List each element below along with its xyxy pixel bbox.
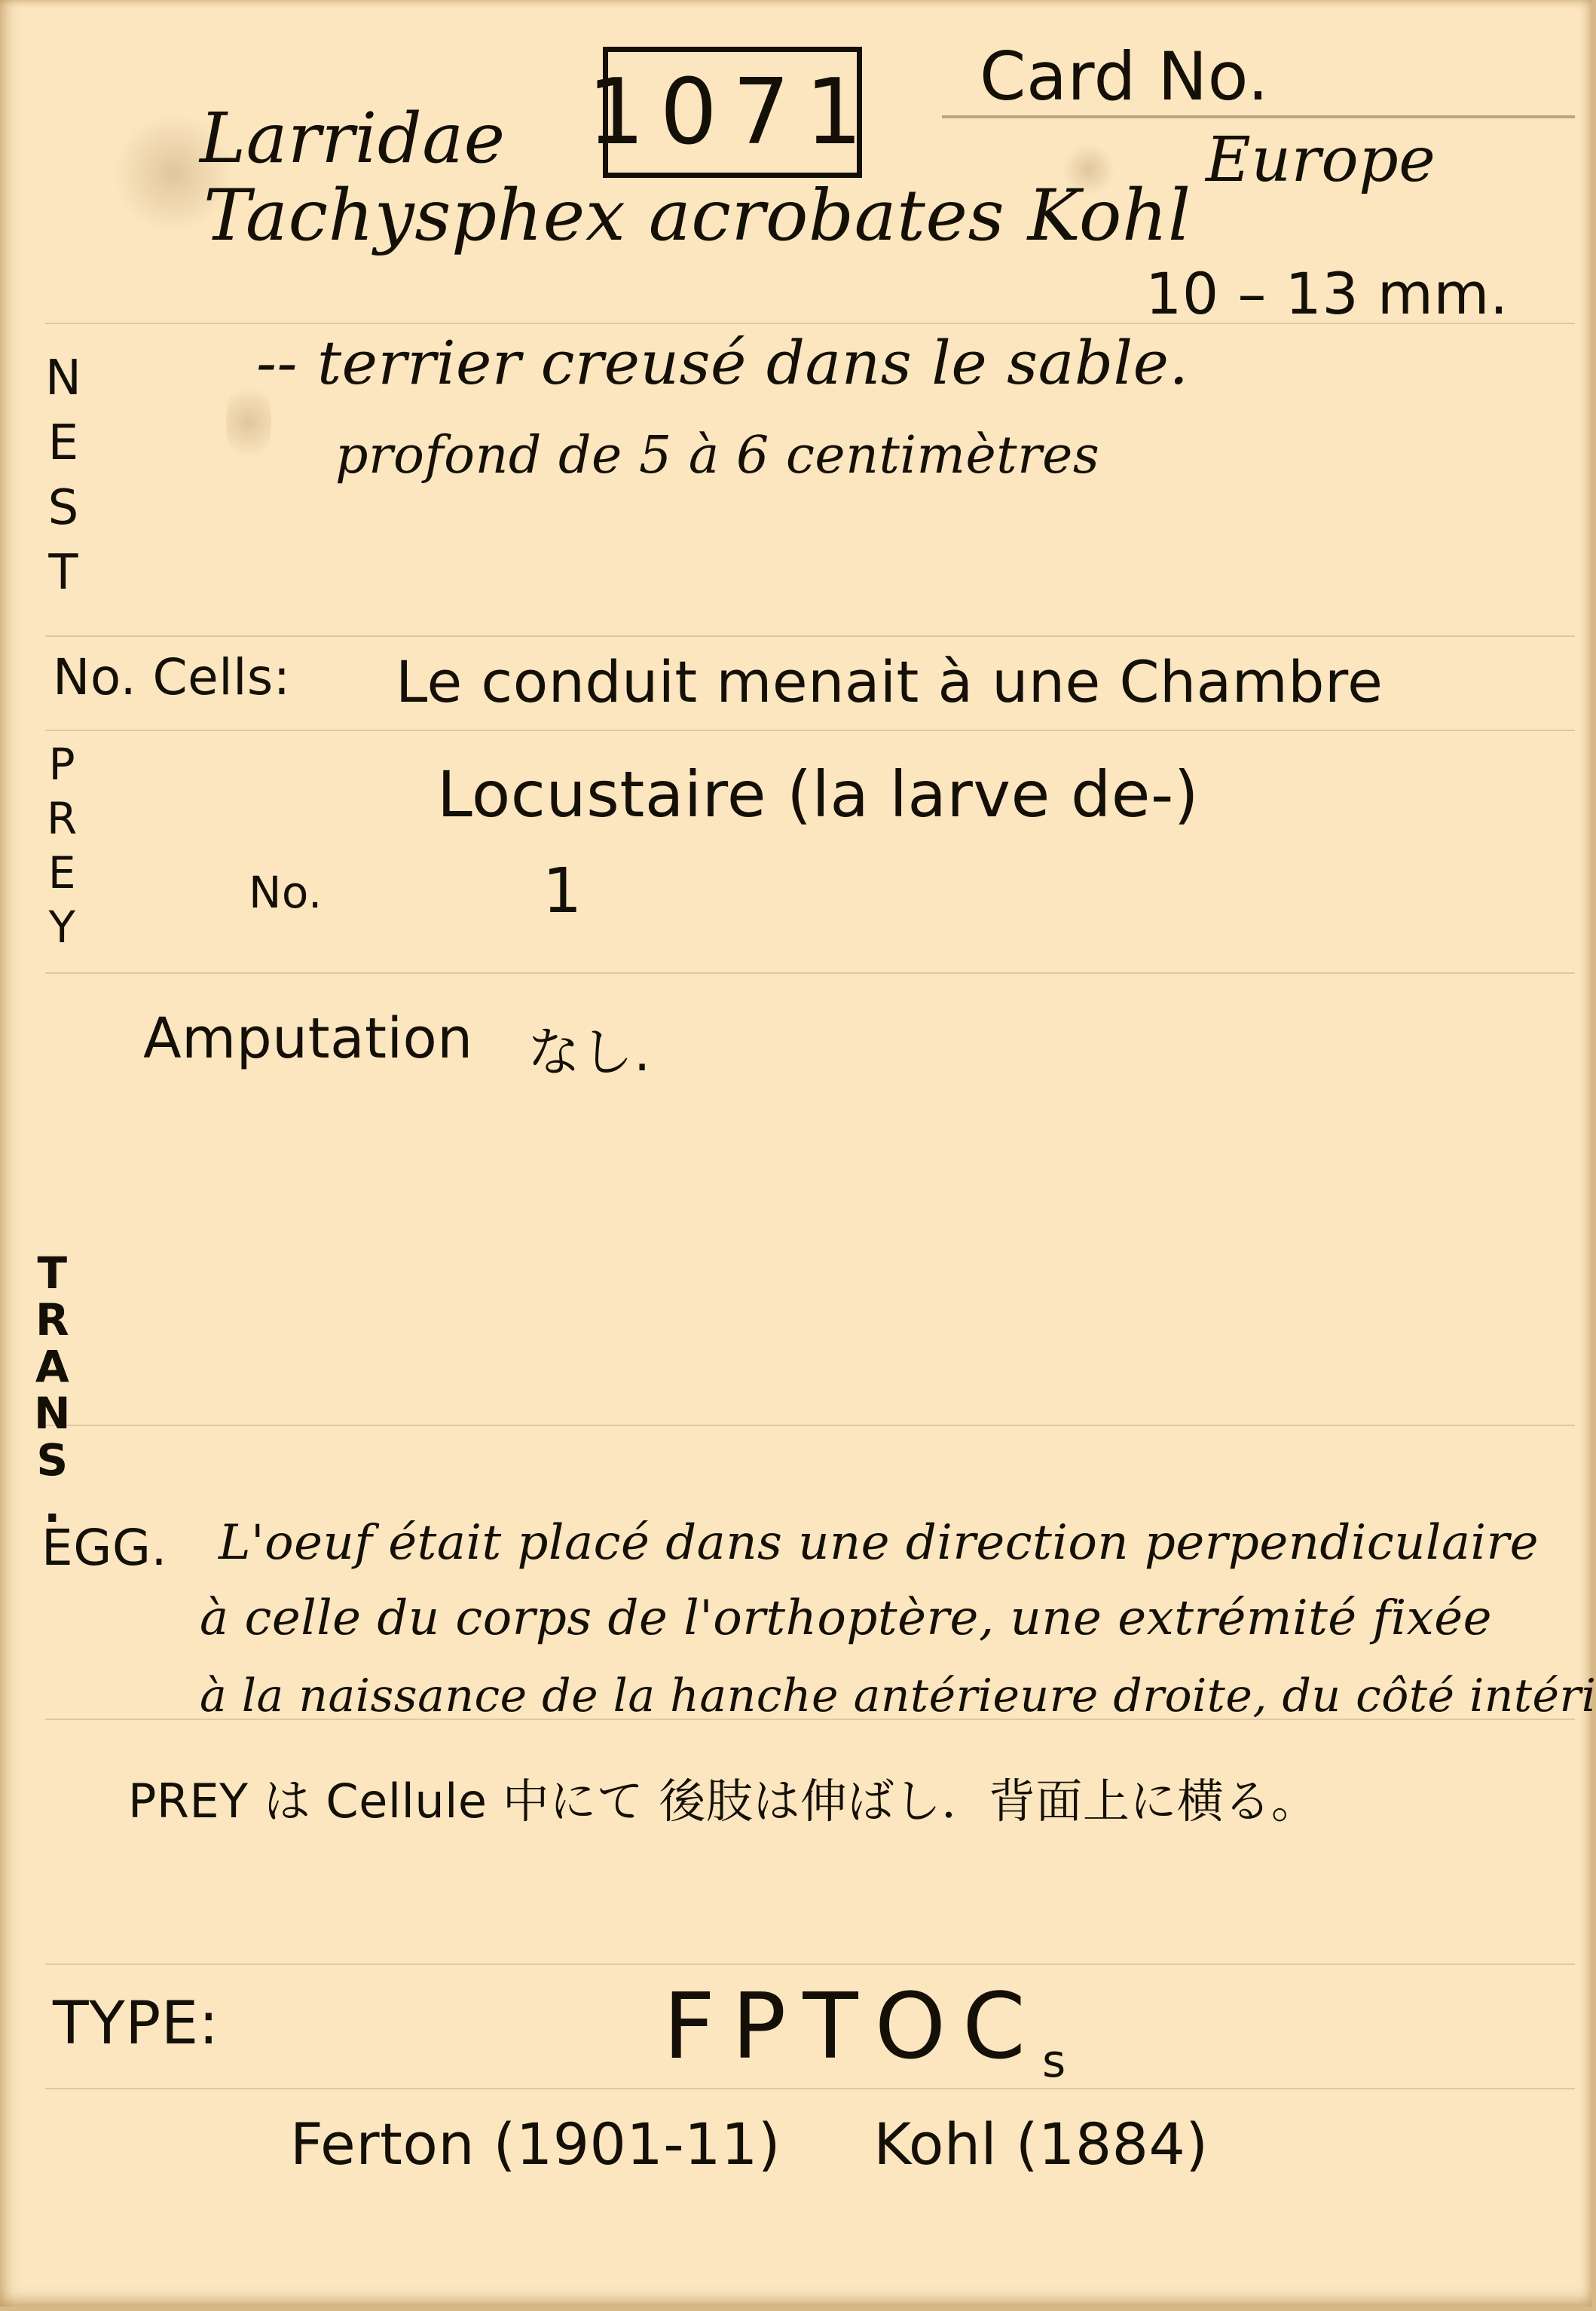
type-references: Ferton (1901-11) Kohl (1884) [290,2111,1209,2178]
type-value-sub: s [1042,2035,1082,2088]
card-number: 1071 [587,60,877,165]
egg-line-3: à la naissance de la hanche antérieure d… [200,1670,1596,1722]
nest-side-label: N E S T [45,354,81,597]
card-number-box: 1071 [603,47,862,178]
section-rule [45,1425,1575,1426]
amputation-value: なし. [527,1010,651,1086]
type-label: TYPE: [53,1990,219,2058]
cells-label: No. Cells: [53,648,291,706]
prey-no-value: 1 [543,856,582,927]
family-name: Larridae [200,98,506,179]
section-rule [45,730,1575,731]
amputation-label: Amputation [143,1006,473,1071]
section-rule [45,972,1575,974]
cells-value: Le conduit menait à une Chambre [396,648,1383,715]
prey-name: Locustaire (la larve de-) [437,758,1199,831]
index-card: 1071 Card No. Larridae Europe Tachysphex… [0,0,1591,2306]
section-rule [45,635,1575,637]
type-value-main: FPTOC [663,1975,1042,2080]
region: Europe [1206,124,1435,196]
egg-line-2: à celle du corps de l'orthoptère, une ex… [200,1590,1492,1646]
trans-side-label: T R A N S . [34,1251,71,1529]
prey-side-label: P R E Y [47,742,77,949]
type-value: FPTOCs [663,1975,1082,2088]
nest-line-2: profond de 5 à 6 centimètres [335,426,1099,485]
nest-line-1: -- terrier creusé dans le sable. [256,328,1188,398]
prey-no-label: No. [249,867,323,918]
card-no-rule [942,115,1575,118]
egg-label: EGG. [41,1519,167,1577]
species-name: Tachysphex acrobates Kohl [203,175,1191,257]
card-no-label: Card No. [980,38,1269,115]
egg-note-japanese: PREY は Cellule 中にて 後肢は伸ばし．背面上に横る。 [128,1764,1318,1831]
egg-line-1: L'oeuf était placé dans une direction pe… [219,1515,1539,1571]
size-range: 10 – 13 mm. [1145,260,1509,327]
section-rule [45,1964,1575,1965]
section-rule [45,2088,1575,2089]
